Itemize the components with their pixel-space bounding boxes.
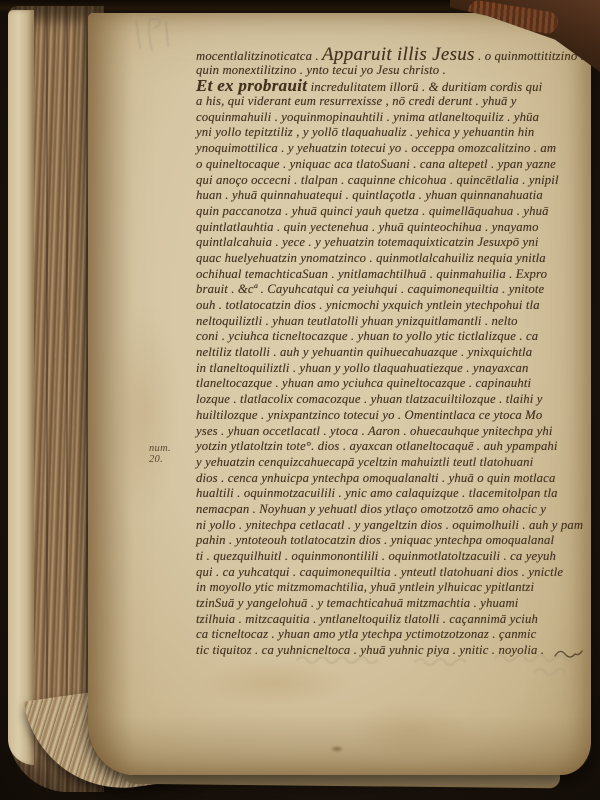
manuscript-line: yni yollo tepitztiliz , y yollō tlaquahu… <box>196 125 590 141</box>
manuscript-line: hualtili . oquinmotzacuilili . ynic amo … <box>196 486 590 502</box>
manuscript-line: nemacpan . Noyhuan y yehuatl dios ytlaço… <box>196 502 590 518</box>
line-text: a his, qui viderant eum resurrexisse , n… <box>196 94 517 108</box>
manuscript-line: coni . yciuhca ticneltocazque . yhuan to… <box>196 329 590 345</box>
line-text: quin monextilitzino . ynto tecui yo Jesu… <box>196 63 446 77</box>
manuscript-line: mocentlalitzinoticatca . Apparuit illis … <box>196 47 590 63</box>
manuscript-line: in moyollo ytic mitzmomachtilia, yhuā yn… <box>196 580 590 596</box>
line-text: nemacpan . Noyhuan y yehuatl dios ytlaço… <box>196 502 546 516</box>
line-text: ynoquimottilica . y yehuatzin totecui yo… <box>196 141 556 155</box>
line-text: incredulitatem illorū . & duritiam cordi… <box>307 80 542 94</box>
manuscript-line: qui anoço occecni . tlalpan . caquinne c… <box>196 173 590 189</box>
line-text: lozque . tlatlacolix comacozque . yhuan … <box>196 392 543 406</box>
manuscript-line: huan . yhuā quinnahuatequi . quintlaçotl… <box>196 188 590 204</box>
line-text: coni . yciuhca ticneltocazque . yhuan to… <box>196 329 538 343</box>
line-text: tzinSuā y yangelohuā . y temachticahuā m… <box>196 596 518 610</box>
latin-incipit: Et ex probrauit <box>196 76 307 95</box>
manuscript-line: pahin . yntoteouh totlatocatzin dios . y… <box>196 533 590 549</box>
manuscript-line: ti . quezquilhuitl . oquinmonontilili . … <box>196 549 590 565</box>
line-text: ochihual temachticaSuan . ynitlamachtilh… <box>196 267 547 281</box>
manuscript-line: tzinSuā y yangelohuā . y temachticahuā m… <box>196 596 590 612</box>
line-text: dios . cenca ynhuicpa yntechpa omoqualan… <box>196 471 555 485</box>
manuscript-line: huiltilozque . ynixpantzinco totecui yo … <box>196 408 590 424</box>
line-text: yses . yhuan occetlacatl . ytoca . Aaron… <box>196 424 553 438</box>
line-text: brauit . &cª . Cayuhcatqui ca yeiuhqui .… <box>196 282 544 296</box>
line-text: ni yollo . ynitechpa cetlacatl . y yange… <box>196 518 583 532</box>
line-text: huan . yhuā quinnahuatequi . quintlaçotl… <box>196 188 543 202</box>
verso-show-through <box>295 652 585 678</box>
manuscript-line: o quineltocaque . yniquac aca tlatoSuani… <box>196 157 590 173</box>
manuscript-line: quin paccanotza . yhuā quinci yauh quetz… <box>196 204 590 220</box>
manuscript-line: tlaneltocazque . yhuan amo yciuhca quine… <box>196 376 590 392</box>
line-text: neltiliz tlatolli . auh y yehuantin quih… <box>196 345 532 359</box>
line-text: mocentlalitzinoticatca . <box>196 49 322 63</box>
manuscript-line: ni yollo . ynitechpa cetlacatl . y yange… <box>196 518 590 534</box>
line-text: tzilhuia . mitzcaquitia . yntlaneltoquil… <box>196 612 538 626</box>
line-text: in tlaneltoquiliztli . yhuan y yollo tla… <box>196 361 529 375</box>
manuscript-line: quintlatlauhtia . quin yectenehua . yhuā… <box>196 220 590 236</box>
outer-leaf-edges <box>8 10 34 765</box>
line-text: neltoquiliztli . yhuan teutlatolli yhuan… <box>196 314 518 328</box>
line-text: coquinmahuili . yoquinmopinauhtili . yni… <box>196 110 539 124</box>
manuscript-line: quintlalcahuia . yece . y yehuatzin tote… <box>196 235 590 251</box>
line-text: qui anoço occecni . tlalpan . caquinne c… <box>196 173 559 187</box>
line-text: pahin . yntoteouh totlatocatzin dios . y… <box>196 533 554 547</box>
manuscript-line: Et ex probrauit incredulitatem illorū . … <box>196 78 590 94</box>
manuscript-line: coquinmahuili . yoquinmopinauhtili . yni… <box>196 110 590 126</box>
manuscript-line: neltoquiliztli . yhuan teutlatolli yhuan… <box>196 314 590 330</box>
gutter-shadow <box>88 13 134 775</box>
marginal-note: num. 20. <box>149 443 171 465</box>
marginal-note-num: num. <box>149 443 171 454</box>
line-text: qui . ca yuhcatqui . caquimonequiltia . … <box>196 565 563 579</box>
line-text: quac huelyehuatzin ynomatzinco . quinmot… <box>196 251 546 265</box>
line-text: huiltilozque . ynixpantzinco totecui yo … <box>196 408 542 422</box>
manuscript-line: y yehuatzin cenquizcahuecapā yceltzin ma… <box>196 455 590 471</box>
manuscript-text-block: mocentlalitzinoticatca . Apparuit illis … <box>196 47 590 659</box>
manuscript-line: quac huelyehuatzin ynomatzinco . quinmot… <box>196 251 590 267</box>
line-text: in moyollo ytic mitzmomachtilia, yhuā yn… <box>196 580 534 594</box>
line-text: yni yollo tepitztiliz , y yollō tlaquahu… <box>196 125 534 139</box>
manuscript-line: ynoquimottilica . y yehuatzin totecui yo… <box>196 141 590 157</box>
marginal-note-20: 20. <box>149 454 171 465</box>
line-text: ca ticneltocaz . yhuan amo ytla ytechpa … <box>196 627 536 641</box>
manuscript-line: ochihual temachticaSuan . ynitlamachtilh… <box>196 267 590 283</box>
manuscript-line: ca ticneltocaz . yhuan amo ytla ytechpa … <box>196 627 590 643</box>
bottom-shadow <box>88 715 591 775</box>
end-flourish <box>553 648 583 662</box>
manuscript-line: in tlaneltoquiliztli . yhuan y yollo tla… <box>196 361 590 377</box>
manuscript-line: neltiliz tlatolli . auh y yehuantin quih… <box>196 345 590 361</box>
manuscript-line: brauit . &cª . Cayuhcatqui ca yeiuhqui .… <box>196 282 590 298</box>
manuscript-line: lozque . tlatlacolix comacozque . yhuan … <box>196 392 590 408</box>
manuscript-line: a his, qui viderant eum resurrexisse , n… <box>196 94 590 110</box>
line-text: quin paccanotza . yhuā quinci yauh quetz… <box>196 204 549 218</box>
line-text: tlaneltocazque . yhuan amo yciuhca quine… <box>196 376 531 390</box>
line-text: yotzin ytlatoltzin tote°. dios . ayaxcan… <box>196 439 558 453</box>
line-text: hualtili . oquinmotzacuilili . ynic amo … <box>196 486 558 500</box>
manuscript-line: dios . cenca ynhuicpa yntechpa omoqualan… <box>196 471 590 487</box>
line-text: o quineltocaque . yniquac aca tlatoSuani… <box>196 157 556 171</box>
manuscript-line: yses . yhuan occetlacatl . ytoca . Aaron… <box>196 424 590 440</box>
manuscript-photo: num. 20. mocentlalitzinoticatca . Apparu… <box>0 0 600 800</box>
manuscript-line: ouh . totlatocatzin dios . ynicmochi yxq… <box>196 298 590 314</box>
line-text: quintlalcahuia . yece . y yehuatzin tote… <box>196 235 539 249</box>
manuscript-line: yotzin ytlatoltzin tote°. dios . ayaxcan… <box>196 439 590 455</box>
manuscript-line: tzilhuia . mitzcaquitia . yntlaneltoquil… <box>196 612 590 628</box>
line-text: quintlatlauhtia . quin yectenehua . yhuā… <box>196 220 539 234</box>
line-text: y yehuatzin cenquizcahuecapā yceltzin ma… <box>196 455 533 469</box>
line-text: ti . quezquilhuitl . oquinmonontilili . … <box>196 549 556 563</box>
manuscript-line: qui . ca yuhcatqui . caquimonequiltia . … <box>196 565 590 581</box>
line-text: ouh . totlatocatzin dios . ynicmochi yxq… <box>196 298 540 312</box>
faint-pencil-mark <box>128 12 178 54</box>
